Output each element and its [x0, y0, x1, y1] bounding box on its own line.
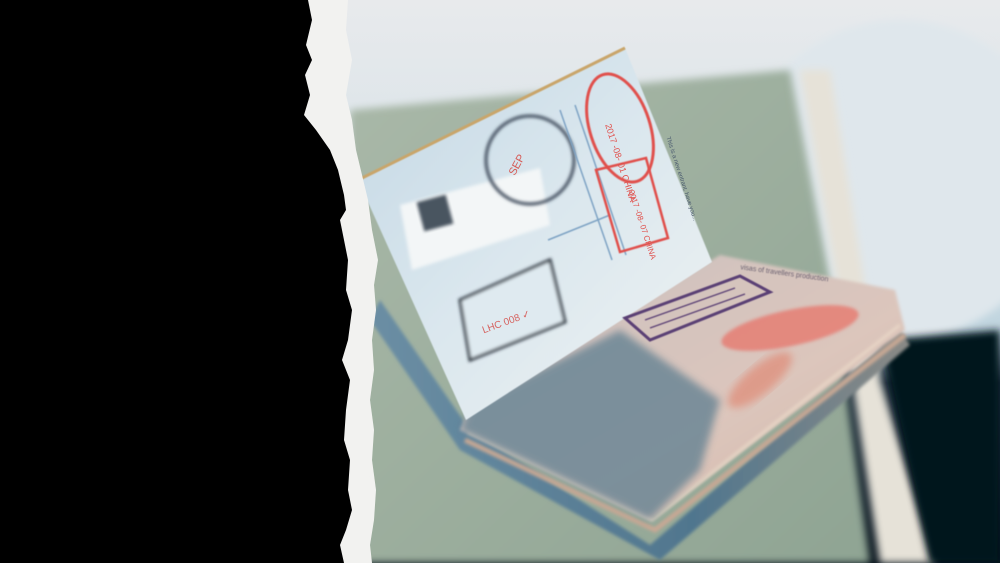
torn-paper-overlay [0, 0, 1000, 563]
photo-stage: SEP LHC 008 ✓ 2017 -08- 01 CHINA 2017 -0… [0, 0, 1000, 563]
